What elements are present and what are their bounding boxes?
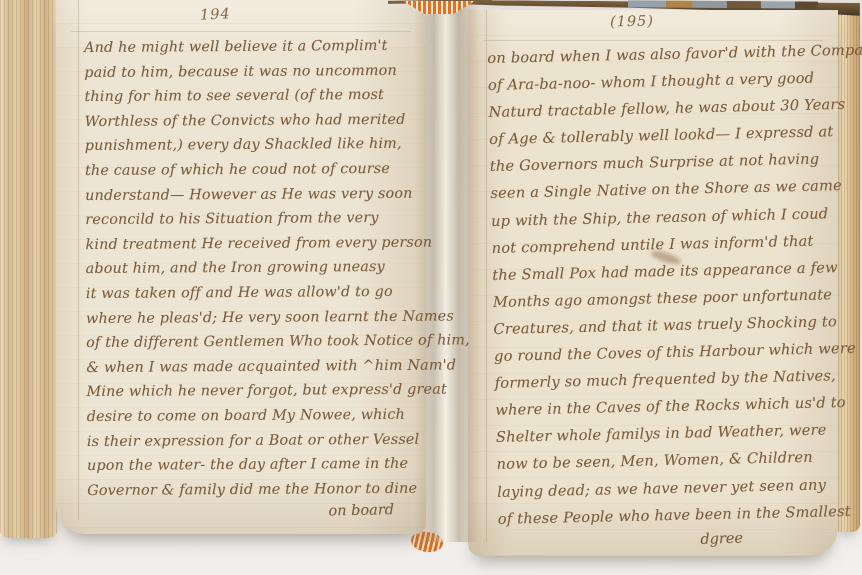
manuscript-line: thing for him to see several (of the mos… xyxy=(84,83,424,110)
left-page-text: And he might well believe it a Complim't… xyxy=(84,34,427,504)
left-page-edges xyxy=(0,0,58,538)
manuscript-line: reconcild to his Situation from the very xyxy=(85,206,425,233)
open-manuscript-book: 194 (195) And he might well believe it a… xyxy=(0,0,862,575)
manuscript-line: kind treatment He received from every pe… xyxy=(85,230,425,257)
manuscript-line: the cause of which he coud not of course xyxy=(85,157,425,184)
manuscript-line: & when I was made acquainted with ^him N… xyxy=(86,353,426,380)
manuscript-line: paid to him, because it was no uncommon xyxy=(84,58,424,85)
manuscript-line: Worthless of the Convicts who had merite… xyxy=(85,107,425,134)
manuscript-line: understand— However as He was very soon xyxy=(85,181,425,208)
manuscript-line: punishment,) every day Shackled like him… xyxy=(85,132,425,159)
manuscript-line: And he might well believe it a Complim't xyxy=(84,34,424,61)
marbled-page-top-edge xyxy=(628,0,818,8)
manuscript-line: upon the water- the day after I came in … xyxy=(87,452,427,479)
manuscript-line: Mine which he never forgot, but express'… xyxy=(86,378,426,405)
manuscript-line: desire to come on board My Nowee, which xyxy=(87,403,427,430)
page-number-right: (195) xyxy=(610,14,654,31)
manuscript-line: Governor & family did me the Honor to di… xyxy=(87,476,427,503)
manuscript-line: it was taken off and He was allow'd to g… xyxy=(86,280,426,307)
manuscript-line: where he pleas'd; He very soon learnt th… xyxy=(86,304,426,331)
page-number-left: 194 xyxy=(200,6,231,24)
manuscript-line: about him, and the Iron growing uneasy xyxy=(86,255,426,282)
manuscript-line: is their expression for a Boat or other … xyxy=(87,427,427,454)
right-page-text: on board when I was also favor'd with th… xyxy=(487,37,862,533)
manuscript-line: of the different Gentlemen Who took Noti… xyxy=(86,329,426,356)
photo-background: 194 (195) And he might well believe it a… xyxy=(0,0,862,575)
